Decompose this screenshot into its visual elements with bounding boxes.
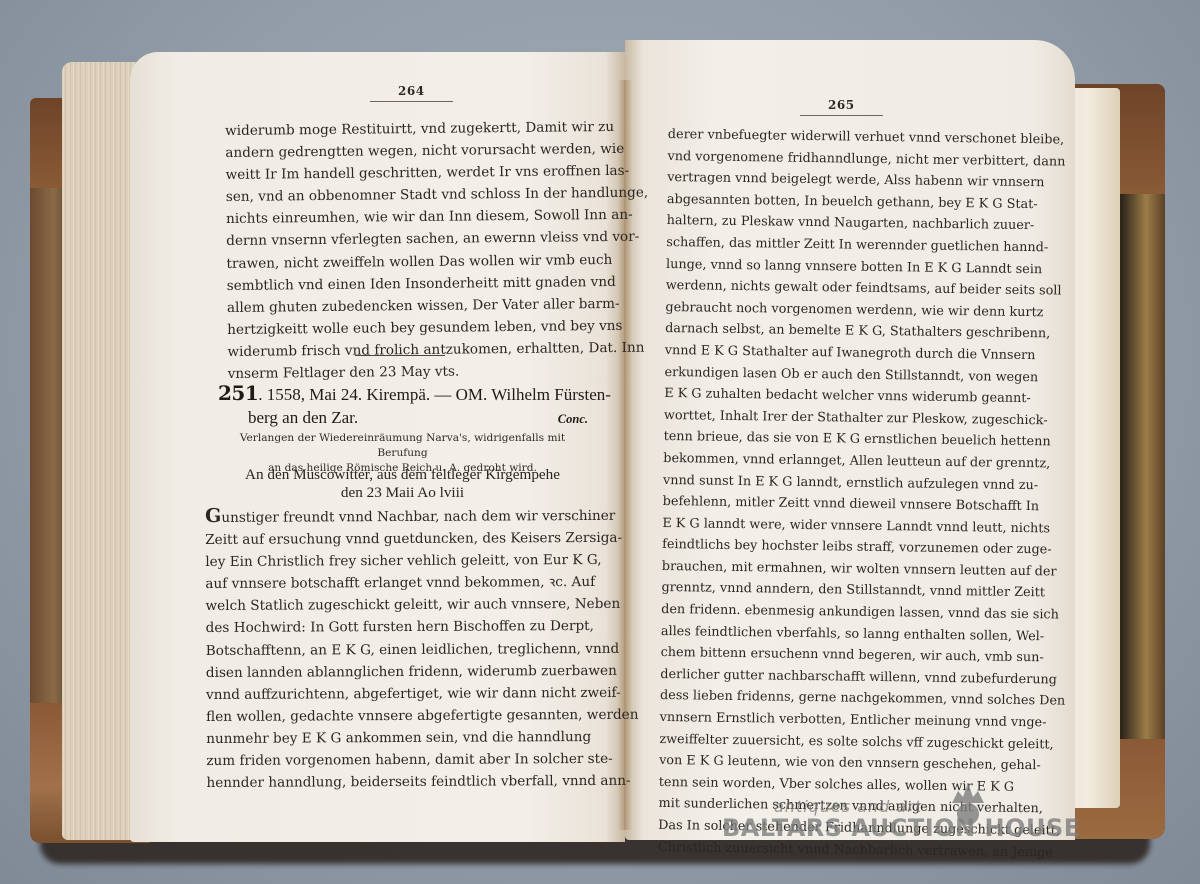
- text-line: vnnd auffzurichtenn, abgefertiget, wie w…: [206, 682, 591, 706]
- document-number: 251: [218, 381, 258, 405]
- document-heading: 251. 1558, Mai 24. Kirempä. — OM. Wilhel…: [218, 381, 588, 428]
- section-divider: [355, 355, 445, 356]
- text-line: hennder hanndlung, beiderseits feindtlic…: [206, 770, 591, 794]
- text-line: widerumb frisch vnd frolich antzukomen, …: [227, 337, 592, 363]
- text-line: welch Statlich zugeschickt geleitt, wir …: [205, 593, 590, 617]
- heading-line-1: 251. 1558, Mai 24. Kirempä. — OM. Wilhel…: [218, 381, 588, 405]
- letter-address: An den Muscowitter, aus dem feltleger Ki…: [215, 466, 590, 502]
- text-line: ley Ein Christlich frey sicher vehlich g…: [205, 549, 590, 573]
- text-span: unstiger freundt vnnd Nachbar, nach dem …: [221, 508, 615, 526]
- text-line: Zeitt auf ersuchung vnnd guetduncken, de…: [205, 527, 590, 551]
- heading-text: berg an den Zar.: [248, 408, 358, 427]
- right-page-text: derer vnbefuegter widerwill verhuet vnnd…: [658, 124, 1023, 863]
- source-mark: Conc.: [558, 412, 588, 427]
- text-line: des Hochwird: In Gott fursten hern Bisch…: [206, 615, 591, 639]
- left-continuation-text: widerumb moge Restituirtt, vnd zugekertt…: [225, 116, 593, 385]
- text-line: nunmehr bey E K G ankommen sein, vnd die…: [206, 726, 591, 750]
- text-line: Botschafftenn, an E K G, einen leidliche…: [206, 638, 591, 662]
- document-number-dot: .: [258, 385, 267, 404]
- text-line: Gunstiger freundt vnnd Nachbar, nach dem…: [205, 503, 590, 529]
- address-line: An den Muscowitter, aus dem feltleger Ki…: [215, 466, 590, 484]
- heading-line-2: berg an den Zar. Conc.: [218, 408, 588, 428]
- drop-cap: G: [205, 505, 221, 527]
- text-line: auf vnnsere botschafft erlanget vnnd bek…: [205, 571, 590, 595]
- letter-body-left: Gunstiger freundt vnnd Nachbar, nach dem…: [205, 503, 592, 794]
- address-line: den 23 Maii Ao lviii: [215, 484, 590, 502]
- text-line: flen wollen, gedachte vnnsere abgefertig…: [206, 704, 591, 728]
- text-line: dernn vnsernn vferlegten sachen, an ewer…: [226, 227, 591, 253]
- watermark-name: BALTARS AUCTION HOUSE: [722, 814, 1081, 842]
- text-line: disen lannden ablannglichen fridenn, wid…: [206, 660, 591, 684]
- heading-text: 1558, Mai 24. Kirempä. — OM. Wilhelm Für…: [267, 385, 611, 404]
- page-number-left: 264: [398, 84, 425, 98]
- page-number-right: 265: [828, 98, 855, 112]
- summary-line: Verlangen der Wiedereinräumung Narva's, …: [215, 431, 590, 461]
- text-line: zum friden vorgenomen habenn, damit aber…: [206, 748, 591, 772]
